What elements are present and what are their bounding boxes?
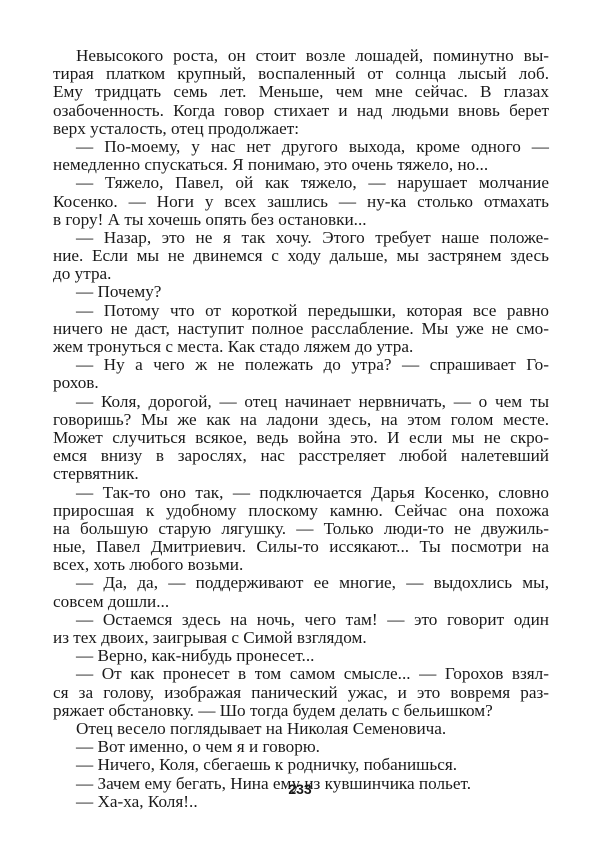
text-line: — Так-то оно так, — подключается Дарья К… [53,484,549,502]
text-line: в гору! А ты хочешь опять без остановки.… [53,211,549,229]
text-line: Отец весело поглядывает на Николая Семен… [53,720,549,738]
text-line: тирая платком крупный, воспаленный от со… [53,65,549,83]
text-line: всех, хоть любого возьми. [53,556,549,574]
text-line: ничего не даст, наступит полное расслабл… [53,320,549,338]
text-line: ные, Павел Дмитриевич. Силы-то иссякают.… [53,538,549,556]
text-line: Косенко. — Ноги у всех зашлись — ну-ка с… [53,193,549,211]
text-line: ние. Если мы не двинемся с ходу дальше, … [53,247,549,265]
text-line: из тех двоих, заигрывая с Симой взглядом… [53,629,549,647]
text-line: — Коля, дорогой, — отец начинает нервнич… [53,393,549,411]
text-line: совсем дошли... [53,593,549,611]
text-line: Невысокого роста, он стоит возле лошадей… [53,47,549,65]
text-line: Может случиться всякое, ведь война это. … [53,429,549,447]
text-line: — Ну а чего ж не полежать до утра? — спр… [53,356,549,374]
text-line: говоришь? Мы же как на ладони здесь, на … [53,411,549,429]
text-line: до утра. [53,265,549,283]
text-line: жем тронуться с места. Как стадо ляжем д… [53,338,549,356]
text-line: — Вот именно, о чем я и говорю. [53,738,549,756]
text-line: Ему тридцать семь лет. Меньше, чем мне с… [53,83,549,101]
body-text: Невысокого роста, он стоит возле лошадей… [53,47,549,811]
text-line: — Остаемся здесь на ночь, чего там! — эт… [53,611,549,629]
page-number: 233 [0,781,600,797]
text-line: верх усталость, отец продолжает: [53,120,549,138]
text-line: — Да, да, — поддерживают ее многие, — вы… [53,574,549,592]
text-line: на большую старую лягушку. — Только люди… [53,520,549,538]
text-line: — Назар, это не я так хочу. Этого требуе… [53,229,549,247]
book-page: Невысокого роста, он стоит возле лошадей… [0,0,600,853]
text-line: — Тяжело, Павел, ой как тяжело, — наруша… [53,174,549,192]
text-line: — Потому что от короткой передышки, кото… [53,302,549,320]
text-line: стервятник. [53,465,549,483]
text-line: ся за голову, изображая панический ужас,… [53,684,549,702]
text-line: ряжает обстановку. — Шо тогда будем дела… [53,702,549,720]
text-line: емся внизу в зарослях, нас расстреляет л… [53,447,549,465]
text-line: — Ничего, Коля, сбегаешь к родничку, поб… [53,756,549,774]
text-line: — Верно, как-нибудь пронесет... [53,647,549,665]
text-line: озабоченность. Когда говор стихает и над… [53,102,549,120]
text-line: немедленно спускаться. Я понимаю, это оч… [53,156,549,174]
text-line: рохов. [53,374,549,392]
text-line: — По-моему, у нас нет другого выхода, кр… [53,138,549,156]
text-line: — Почему? [53,283,549,301]
text-line: — От как пронесет в том самом смысле... … [53,665,549,683]
text-line: приросшая к удобному плоскому камню. Сей… [53,502,549,520]
